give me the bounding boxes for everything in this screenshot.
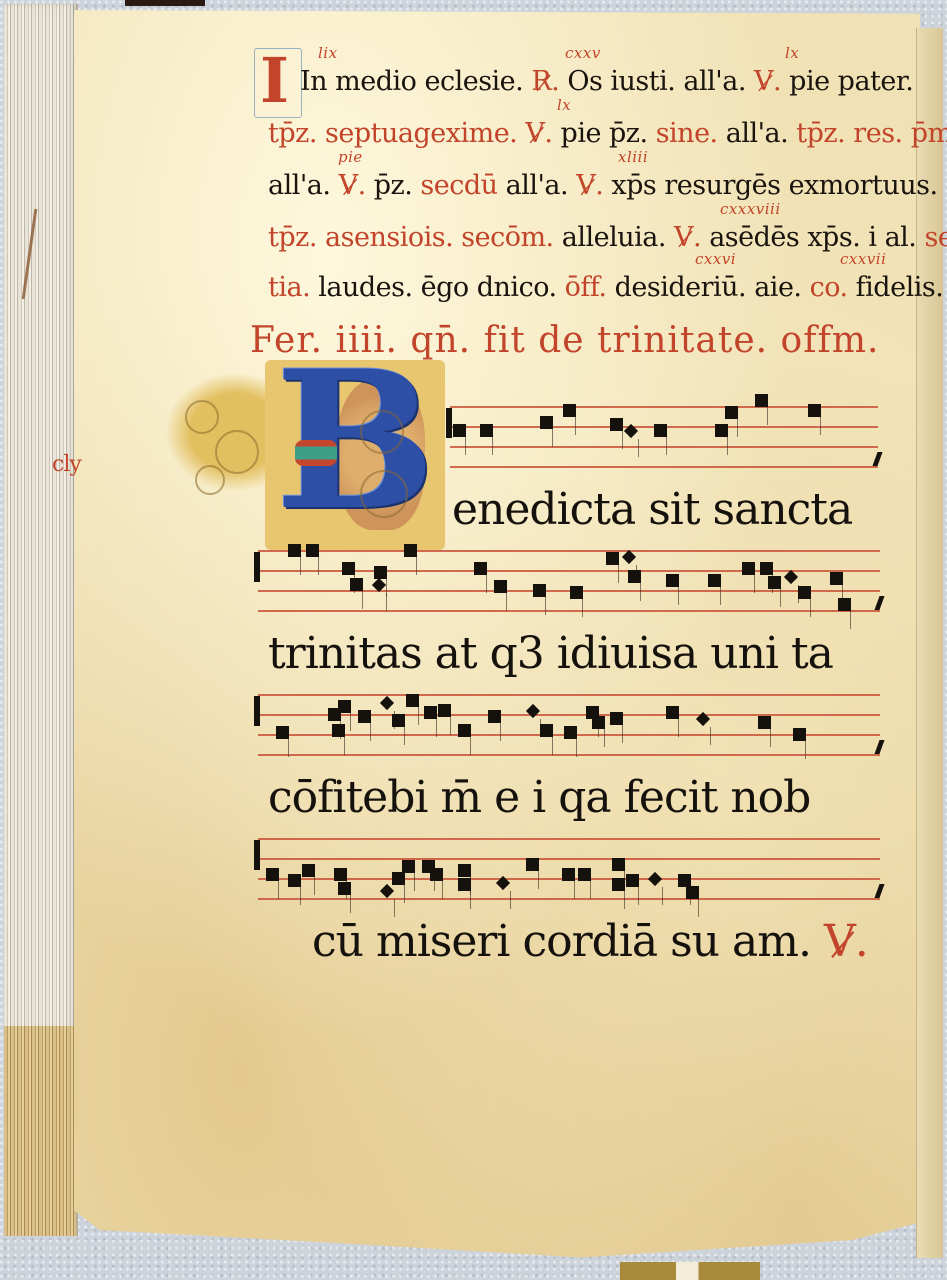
neume (715, 424, 728, 437)
neume (488, 710, 501, 723)
neume (666, 706, 679, 719)
rubric-text: secdū (412, 170, 497, 201)
folio-reference: cxxv (565, 44, 601, 62)
neume-stem (470, 737, 471, 755)
neume (266, 868, 279, 881)
neume (474, 562, 487, 575)
rubric-text: V̷. (330, 170, 365, 201)
foliage-swirl (215, 430, 259, 474)
neume-stem (662, 887, 663, 905)
neume (392, 714, 405, 727)
text-segment: xp̄s resurgēs exmortuus. (603, 170, 937, 201)
margin-note: cly (52, 452, 81, 477)
rubric-text: V̷. (517, 118, 552, 149)
neume-stem (404, 885, 405, 903)
neume (430, 868, 443, 881)
foliage-swirl (185, 400, 219, 434)
text-segment: all'a. (498, 170, 569, 201)
neume-stem (394, 899, 395, 917)
neume-stem (780, 589, 781, 607)
neume (612, 858, 625, 871)
neume-stem (450, 717, 451, 735)
neume-stem (850, 611, 851, 629)
neume (838, 598, 851, 611)
folio-reference: cxxvi (695, 250, 736, 268)
neume-stem (538, 871, 539, 889)
neume (798, 586, 811, 599)
neume-stem (370, 723, 371, 741)
rubric-text: co. (802, 272, 848, 303)
neume-stem (314, 877, 315, 895)
text-segment: pie p̄z. (552, 118, 647, 149)
neume-stem (666, 437, 667, 455)
lyric-line: cōfitebi m̄ e i qa fecit nob (268, 772, 810, 823)
staff-line (450, 446, 878, 448)
staff-line (258, 858, 880, 860)
neume (830, 572, 843, 585)
neume-stem (492, 437, 493, 455)
neume-stem (737, 419, 738, 437)
neume (784, 570, 798, 584)
neume-stem (575, 417, 576, 435)
rubric-text: V̷. (666, 222, 701, 253)
initial-knot-band (295, 440, 337, 466)
rubric-text: R̷. (523, 66, 559, 97)
neume (755, 394, 768, 407)
neume (380, 884, 394, 898)
staff-line (258, 714, 880, 716)
neume (306, 544, 319, 557)
staff-line (258, 838, 880, 840)
neume (563, 404, 576, 417)
neume (526, 858, 539, 871)
lyric-text: cōfitebi m̄ e i qa fecit nob (268, 772, 810, 823)
foliage-swirl (195, 465, 225, 495)
foliage-swirl (360, 410, 404, 454)
lyric-line: trinitas at q3 idiuisa uni ta (268, 628, 833, 679)
neume (808, 404, 821, 417)
clef (446, 408, 452, 438)
neume (540, 724, 553, 737)
neume-stem (418, 707, 419, 725)
neume-stem (604, 729, 605, 747)
neume (578, 868, 591, 881)
neume-stem (300, 557, 301, 575)
neume-stem (582, 599, 583, 617)
neume (742, 562, 755, 575)
neume (458, 878, 471, 891)
neume (358, 710, 371, 723)
neume-stem (590, 881, 591, 899)
neume (654, 424, 667, 437)
neume (458, 864, 471, 877)
neume (332, 724, 345, 737)
neume-stem (727, 437, 728, 455)
neume (338, 700, 351, 713)
neume-stem (638, 887, 639, 905)
foliage-swirl (360, 470, 408, 518)
text-segment: all'a. (718, 118, 789, 149)
neume (288, 874, 301, 887)
folio-reference: cxxvii (840, 250, 886, 268)
lyric-text: enedicta sit sancta (452, 484, 852, 535)
neume-stem (486, 575, 487, 593)
neume (540, 416, 553, 429)
neume (592, 716, 605, 729)
rubric-text: seq̄ (916, 222, 947, 253)
book-clasp (620, 1262, 760, 1280)
neume (453, 424, 466, 437)
neume (564, 726, 577, 739)
text-segment: laudes. ēgo dnico. (310, 272, 556, 303)
clef (254, 696, 260, 726)
neume-stem (362, 591, 363, 609)
neume-stem (767, 407, 768, 425)
neume-stem (622, 725, 623, 743)
neume-stem (442, 881, 443, 899)
neume (424, 706, 437, 719)
neume (276, 726, 289, 739)
neume (648, 872, 662, 886)
neume-stem (720, 587, 721, 605)
neume-stem (552, 429, 553, 447)
neume (758, 716, 771, 729)
music-staff (450, 396, 878, 464)
neume-stem (416, 557, 417, 575)
text-line: tp̄z. asensiois. secōm. alleluia. V̷. as… (268, 222, 947, 253)
neume-stem (574, 881, 575, 899)
neume (406, 694, 419, 707)
neume (606, 552, 619, 565)
neume (570, 586, 583, 599)
neume (402, 860, 415, 873)
neume (628, 570, 641, 583)
neume-stem (678, 719, 679, 737)
neume (438, 704, 451, 717)
fore-edge-lower (4, 1026, 76, 1236)
neume (562, 868, 575, 881)
neume (610, 418, 623, 431)
text-segment: desideriū. aie. (607, 272, 802, 303)
text-segment: In medio eclesie. (300, 66, 523, 97)
staff-line (258, 898, 880, 900)
illuminated-initial-B: B (165, 350, 450, 560)
text-segment: all'a. (268, 170, 330, 201)
rubric-text: ōff. (557, 272, 607, 303)
neume (334, 868, 347, 881)
binding-strap (125, 0, 205, 6)
neume-stem (414, 873, 415, 891)
text-line: all'a. V̷. p̄z. secdū all'a. V̷. xp̄s re… (268, 170, 938, 201)
text-segment: fidelis. (848, 272, 944, 303)
music-staff (258, 828, 880, 896)
initial-letter-I: I (260, 44, 289, 117)
music-staff (258, 540, 880, 608)
neume-stem (500, 723, 501, 741)
text-segment: p̄z. (366, 170, 413, 201)
neume-stem (618, 565, 619, 583)
neume-stem (810, 599, 811, 617)
neume (612, 878, 625, 891)
neume (533, 584, 546, 597)
text-segment: Os iusti. all'a. (559, 66, 746, 97)
neume-stem (465, 437, 466, 455)
staff-line (450, 466, 878, 468)
staff-line (258, 754, 880, 756)
versicle-mark: V̷. (811, 916, 868, 967)
neume (392, 872, 405, 885)
lyric-line: enedicta sit sancta (452, 484, 852, 535)
neume-stem (350, 713, 351, 731)
neume (725, 406, 738, 419)
neume-stem (386, 593, 387, 611)
rubric-text: sine. (648, 118, 718, 149)
neume (374, 566, 387, 579)
text-line: tp̄z. septuagexime. V̷. pie p̄z. sine. a… (268, 118, 947, 149)
rubric-text: tp̄z. asensiois. secōm. (268, 222, 554, 253)
neume-stem (545, 597, 546, 615)
neume (610, 712, 623, 725)
neume (494, 580, 507, 593)
folio-reference: lx (557, 96, 571, 114)
neume (622, 550, 636, 564)
staff-line (258, 610, 880, 612)
folio-reference: xliii (618, 148, 648, 166)
staff-line (258, 694, 880, 696)
neume-stem (404, 727, 405, 745)
neume-stem (318, 557, 319, 575)
neume (380, 696, 394, 710)
neume (350, 578, 363, 591)
neume (760, 562, 773, 575)
music-staff (258, 684, 880, 752)
folio-reference: pie (338, 148, 363, 166)
neume (686, 886, 699, 899)
neume-stem (820, 417, 821, 435)
lyric-line: cū miseri cordiā su am. V̷. (312, 916, 868, 967)
neume-stem (622, 431, 623, 449)
neume-stem (805, 741, 806, 759)
neume (342, 562, 355, 575)
neume-stem (436, 719, 437, 737)
neume (626, 874, 639, 887)
text-segment: alleluia. (554, 222, 666, 253)
rubric-text: tp̄z. res. p̄mū (788, 118, 947, 149)
neume-stem (770, 729, 771, 747)
clef (254, 840, 260, 870)
neume-stem (506, 593, 507, 611)
neume (288, 544, 301, 557)
lyric-text: trinitas at q3 idiuisa uni ta (268, 628, 833, 679)
neume (404, 544, 417, 557)
neume-stem (678, 587, 679, 605)
staff-line (258, 550, 880, 552)
neume (338, 882, 351, 895)
neume-stem (278, 881, 279, 899)
text-segment: asēdēs xp̄s. i al. (701, 222, 916, 253)
neume (793, 728, 806, 741)
lyric-text: cū miseri cordiā su am. (312, 916, 811, 967)
initial-I: I (254, 48, 302, 118)
neume-stem (638, 439, 639, 457)
neume-stem (300, 887, 301, 905)
rubric-text: tia. (268, 272, 310, 303)
neume-stem (698, 899, 699, 917)
book-fore-edge (4, 4, 78, 1236)
neume-stem (552, 737, 553, 755)
folio-reference: lx (785, 44, 799, 62)
text-line: In medio eclesie. R̷. Os iusti. all'a. V… (300, 66, 913, 97)
neume (458, 724, 471, 737)
neume-stem (288, 739, 289, 757)
neume-stem (576, 739, 577, 757)
page-right-edge (916, 28, 943, 1258)
clef (254, 552, 260, 582)
rubric-text: V̷. (568, 170, 603, 201)
neume-stem (350, 895, 351, 913)
neume (768, 576, 781, 589)
neume (708, 574, 721, 587)
neume-stem (344, 737, 345, 755)
neume-stem (640, 583, 641, 601)
page-tab-marker (22, 209, 60, 299)
neume-stem (510, 891, 511, 909)
neume-stem (754, 575, 755, 593)
rubric-text: tp̄z. septuagexime. (268, 118, 517, 149)
text-segment: pie pater. (781, 66, 913, 97)
neume-stem (710, 727, 711, 745)
folio-reference: lix (318, 44, 338, 62)
text-line: tia. laudes. ēgo dnico. ōff. desideriū. … (268, 272, 943, 303)
neume (666, 574, 679, 587)
rubric-text: V̷. (746, 66, 781, 97)
folio-reference: cxxxviii (720, 200, 781, 218)
neume-stem (624, 891, 625, 909)
neume-stem (470, 891, 471, 909)
neume (302, 864, 315, 877)
neume (480, 424, 493, 437)
